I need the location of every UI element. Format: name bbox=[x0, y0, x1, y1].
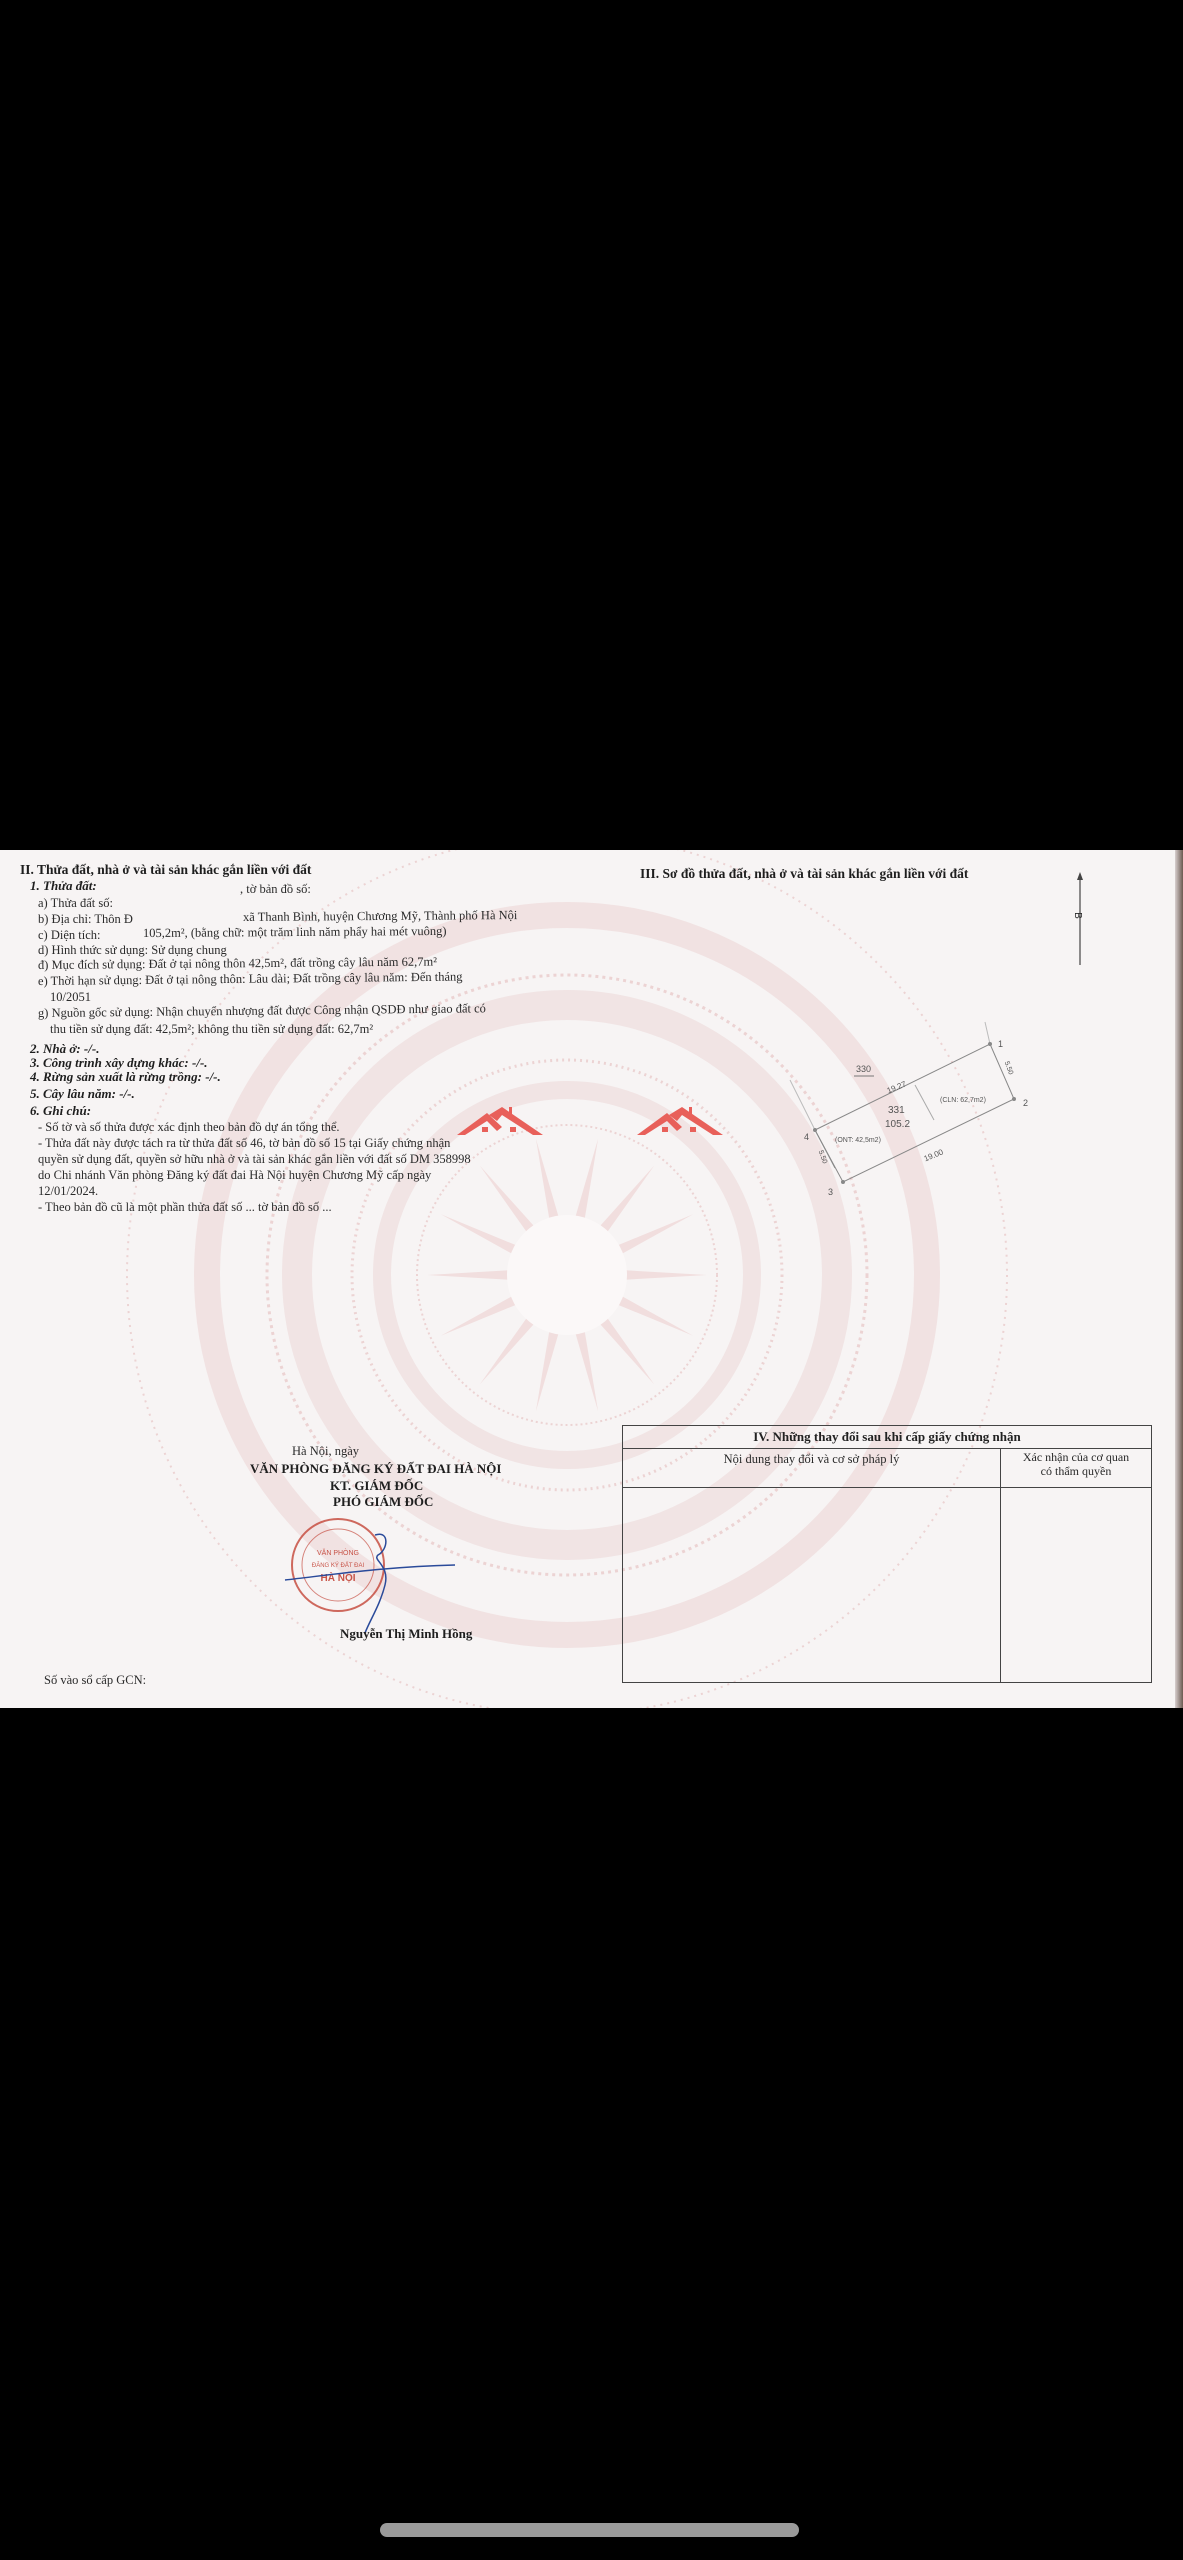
note-line: - Thửa đất này được tách ra từ thửa đất … bbox=[38, 1136, 450, 1151]
perennial-item: 5. Cây lâu năm: -/-. bbox=[30, 1086, 135, 1102]
parcel-sketch: 330 19.27 331 105.2 (CLN: 62,7m2) (ONT: … bbox=[740, 1020, 1060, 1210]
svg-text:2: 2 bbox=[1023, 1098, 1028, 1108]
note-line: - Theo bản đồ cũ là một phần thửa đất số… bbox=[38, 1200, 332, 1215]
svg-text:VĂN PHÒNG: VĂN PHÒNG bbox=[317, 1548, 359, 1557]
section-2-title: II. Thửa đất, nhà ở và tài sản khác gắn … bbox=[20, 862, 311, 878]
note-line: do Chi nhánh Văn phòng Đăng ký đất đai H… bbox=[38, 1168, 431, 1183]
on-behalf-director: KT. GIÁM ĐỐC bbox=[330, 1478, 423, 1494]
column-divider bbox=[1000, 1448, 1001, 1683]
ont-zone-label: (ONT: 42,5m2) bbox=[835, 1137, 881, 1144]
land-certificate-page: II. Thửa đất, nhà ở và tài sản khác gắn … bbox=[0, 850, 1183, 1708]
origin-of-use-detail: thu tiền sử dụng đất: 42,5m²; không thu … bbox=[50, 1022, 373, 1037]
origin-of-use: g) Nguồn gốc sử dụng: Nhận chuyển nhượng… bbox=[38, 1001, 486, 1021]
svg-text:3: 3 bbox=[828, 1187, 833, 1197]
note-line: - Số tờ và số thửa được xác định theo bả… bbox=[38, 1120, 340, 1135]
svg-text:1: 1 bbox=[998, 1039, 1003, 1049]
svg-text:5.50: 5.50 bbox=[1003, 1061, 1014, 1076]
parcel-number: 331 bbox=[888, 1105, 905, 1116]
parcel-number-label: a) Thửa đất số: bbox=[38, 896, 113, 911]
official-stamp: VĂN PHÒNG ĐĂNG KÝ ĐẤT ĐAI HÀ NỘI bbox=[280, 1505, 460, 1635]
notes-heading: 6. Ghi chú: bbox=[30, 1103, 91, 1119]
svg-text:ĐĂNG KÝ ĐẤT ĐAI: ĐĂNG KÝ ĐẤT ĐAI bbox=[312, 1562, 365, 1569]
map-sheet-label: , tờ bản đồ số: bbox=[240, 882, 311, 897]
use-term-date: 10/2051 bbox=[50, 990, 91, 1005]
section-4-title: IV. Những thay đổi sau khi cấp giấy chứn… bbox=[623, 1426, 1151, 1449]
area-label: c) Diện tích: bbox=[38, 928, 100, 943]
issuing-office: VĂN PHÒNG ĐĂNG KÝ ĐẤT ĐAI HÀ NỘI bbox=[250, 1461, 501, 1477]
svg-text:4: 4 bbox=[804, 1132, 809, 1142]
land-heading: 1. Thửa đất: bbox=[30, 878, 97, 894]
address-value: xã Thanh Bình, huyện Chương Mỹ, Thành ph… bbox=[243, 908, 517, 925]
area-value: 105,2m², (bằng chữ: một trăm linh năm ph… bbox=[143, 924, 447, 941]
parcel-area: 105.2 bbox=[885, 1119, 910, 1130]
header-divider bbox=[623, 1487, 1151, 1488]
column-header-change-content: Nội dung thay đổi và cơ sở pháp lý bbox=[623, 1450, 1000, 1468]
home-indicator[interactable] bbox=[380, 2523, 799, 2537]
note-line: quyền sử dụng đất, quyền sở hữu nhà ở và… bbox=[38, 1152, 471, 1167]
forest-item: 4. Rừng sản xuất là rừng trồng: -/-. bbox=[30, 1069, 221, 1085]
registry-number-label: Số vào sổ cấp GCN: bbox=[44, 1673, 146, 1688]
north-arrow-icon bbox=[1065, 870, 1095, 970]
north-label: B bbox=[1072, 912, 1083, 919]
house-logo-icon bbox=[637, 1105, 727, 1137]
use-term: e) Thời hạn sử dụng: Đất ở tại nông thôn… bbox=[38, 970, 463, 989]
house-logo-icon bbox=[457, 1105, 547, 1137]
address-label: b) Địa chỉ: Thôn Đ bbox=[38, 912, 133, 927]
note-line: 12/01/2024. bbox=[38, 1184, 98, 1199]
signer-name: Nguyễn Thị Minh Hồng bbox=[340, 1626, 472, 1642]
place-date: Hà Nội, ngày bbox=[292, 1444, 359, 1459]
neighbor-parcel-number: 330 bbox=[856, 1064, 871, 1074]
section-3-title: III. Sơ đồ thửa đất, nhà ở và tài sản kh… bbox=[640, 866, 968, 882]
cln-zone-label: (CLN: 62,7m2) bbox=[940, 1097, 986, 1104]
changes-table: IV. Những thay đổi sau khi cấp giấy chứn… bbox=[622, 1425, 1152, 1683]
svg-text:19.00: 19.00 bbox=[923, 1147, 945, 1163]
column-header-authority-confirmation: Xác nhận của cơ quan có thẩm quyền bbox=[1001, 1450, 1151, 1478]
svg-text:19.27: 19.27 bbox=[886, 1079, 908, 1095]
page-edge bbox=[1175, 850, 1183, 1708]
